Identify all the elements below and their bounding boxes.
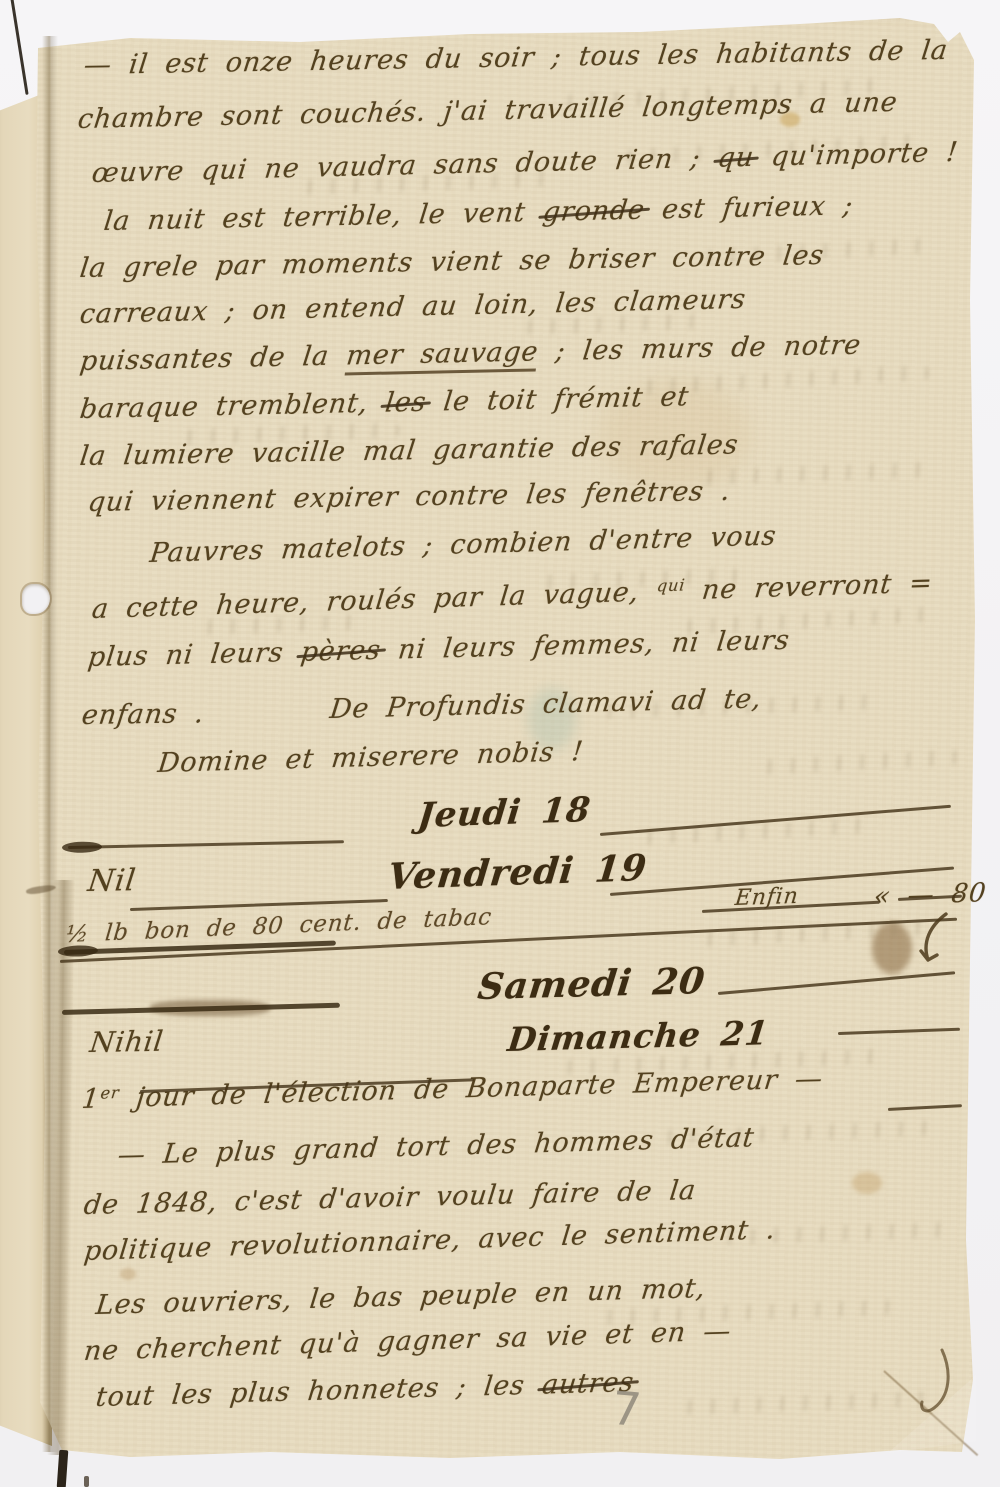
superscript-word: qui <box>656 575 686 595</box>
struck-word: pères <box>299 635 383 668</box>
binding-thread-fragment <box>84 1476 89 1487</box>
manuscript-line: enfans . <box>80 698 206 731</box>
pencil-page-number: 7 <box>610 1381 644 1437</box>
scanned-manuscript-view: — il est onze heures du soir ; tous les … <box>0 0 1000 1487</box>
manuscript-line: Dimanche 21 <box>506 1013 771 1059</box>
manuscript-line: « — 80 c <box>872 877 1000 912</box>
manuscript-line: Samedi 20 <box>476 960 708 1008</box>
superscript-word: er <box>100 1083 121 1103</box>
manuscript-line: Nihil <box>88 1025 165 1059</box>
struck-word: les <box>384 387 429 419</box>
struck-word: gronde <box>541 195 647 228</box>
manuscript-line: Nil <box>86 863 138 899</box>
manuscript-line: Jeudi 18 <box>416 790 593 836</box>
underlined-phrase: mer sauvage <box>344 336 540 375</box>
struck-word: qu <box>716 142 756 174</box>
